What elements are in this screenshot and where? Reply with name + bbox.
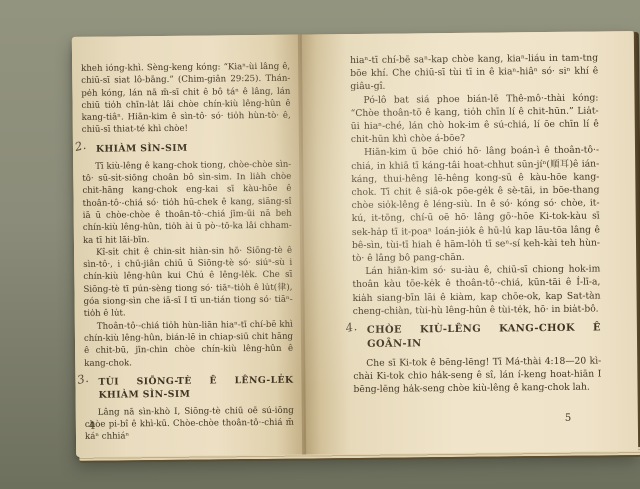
photo-background: kheh ióng-khì. Sèng-keng kóng: “Kiaⁿ-ùi …: [0, 0, 640, 489]
section-heading: 4.CHÒE KIÙ-LÊNG KANG-CHOK Ê GOÂN-IN: [353, 321, 601, 351]
paragraph: Che sī Ki-tok ê bēng-lēng! Tī Má-thài 4:…: [353, 354, 601, 396]
section-number-annotation: 2.: [74, 139, 88, 154]
left-page: kheh ióng-khì. Sèng-keng kóng: “Kiaⁿ-ùi …: [72, 35, 304, 457]
left-page-text: kheh ióng-khì. Sèng-keng kóng: “Kiaⁿ-ùi …: [81, 61, 294, 444]
section-heading-label: CHÒE KIÙ-LÊNG KANG-CHOK Ê GOÂN-IN: [367, 322, 601, 349]
paragraph: Lâng nā sìn-khò I, Siōng-tè chiū oē sú-i…: [85, 404, 294, 443]
paragraph: Pó-lô bat siá phoe bián-lē Thê-mô·-thài …: [350, 91, 599, 146]
paragraph: Lán hiān-kim só· su-iàu ê, chiū-sī chion…: [352, 263, 601, 318]
paragraph: Hiān-kim ū bōe chió hō· lâng boán-ì ê th…: [351, 144, 600, 265]
page-number: 4: [89, 421, 95, 432]
right-page: hiaⁿ-tī chí-bē saⁿ-kap chòe kang, kiaⁿ-l…: [300, 31, 638, 454]
paragraph: Thoân-tô·-chiá tio̍h hùn-liān hiaⁿ-tī ch…: [84, 318, 294, 369]
paragraph: hiaⁿ-tī chí-bē saⁿ-kap chòe kang, kiaⁿ-l…: [350, 51, 598, 93]
section-heading: 2.KHIÀM SÌN-SIM: [82, 140, 291, 155]
section-number-annotation: 4.: [344, 320, 358, 336]
page-number: 5: [565, 413, 571, 424]
open-book: kheh ióng-khì. Sèng-keng kóng: “Kiaⁿ-ùi …: [72, 31, 638, 457]
section-heading-label: TÙI SIŌNG-TÈ Ê LÊNG-LE̍K KHIÀM SÌN-SIM: [98, 374, 293, 400]
section-number-annotation: 3.: [76, 372, 90, 387]
right-page-text: hiaⁿ-tī chí-bē saⁿ-kap chòe kang, kiaⁿ-l…: [350, 51, 602, 396]
paragraph: Tī kiù-lêng ê kang-chok tiong, chòe-chòe…: [82, 158, 292, 246]
section-heading-label: KHIÀM SÌN-SIM: [96, 143, 188, 155]
section-heading: 3.TÙI SIŌNG-TÈ Ê LÊNG-LE̍K KHIÀM SÌN-SIM: [84, 373, 293, 401]
paragraph: Kî-si̍t chit ê chin-si̍t hiàn-sin hō· Si…: [83, 245, 293, 321]
paragraph: kheh ióng-khì. Sèng-keng kóng: “Kiaⁿ-ùi …: [81, 61, 291, 137]
